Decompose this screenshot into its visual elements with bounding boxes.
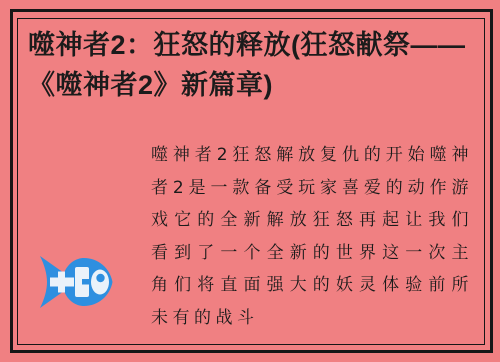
page-title: 噬神者2：狂怒的释放(狂怒献祭——《噬神者2》新篇章) bbox=[28, 25, 474, 105]
page: 噬神者2：狂怒的释放(狂怒献祭——《噬神者2》新篇章) 噬神者2狂怒解放复仇的开… bbox=[0, 0, 500, 362]
article-body-text: 噬神者2狂怒解放复仇的开始噬神者2是一款备受玩家喜爱的动作游戏它的全新解放狂怒再… bbox=[151, 139, 473, 334]
fish-icon bbox=[37, 252, 113, 312]
